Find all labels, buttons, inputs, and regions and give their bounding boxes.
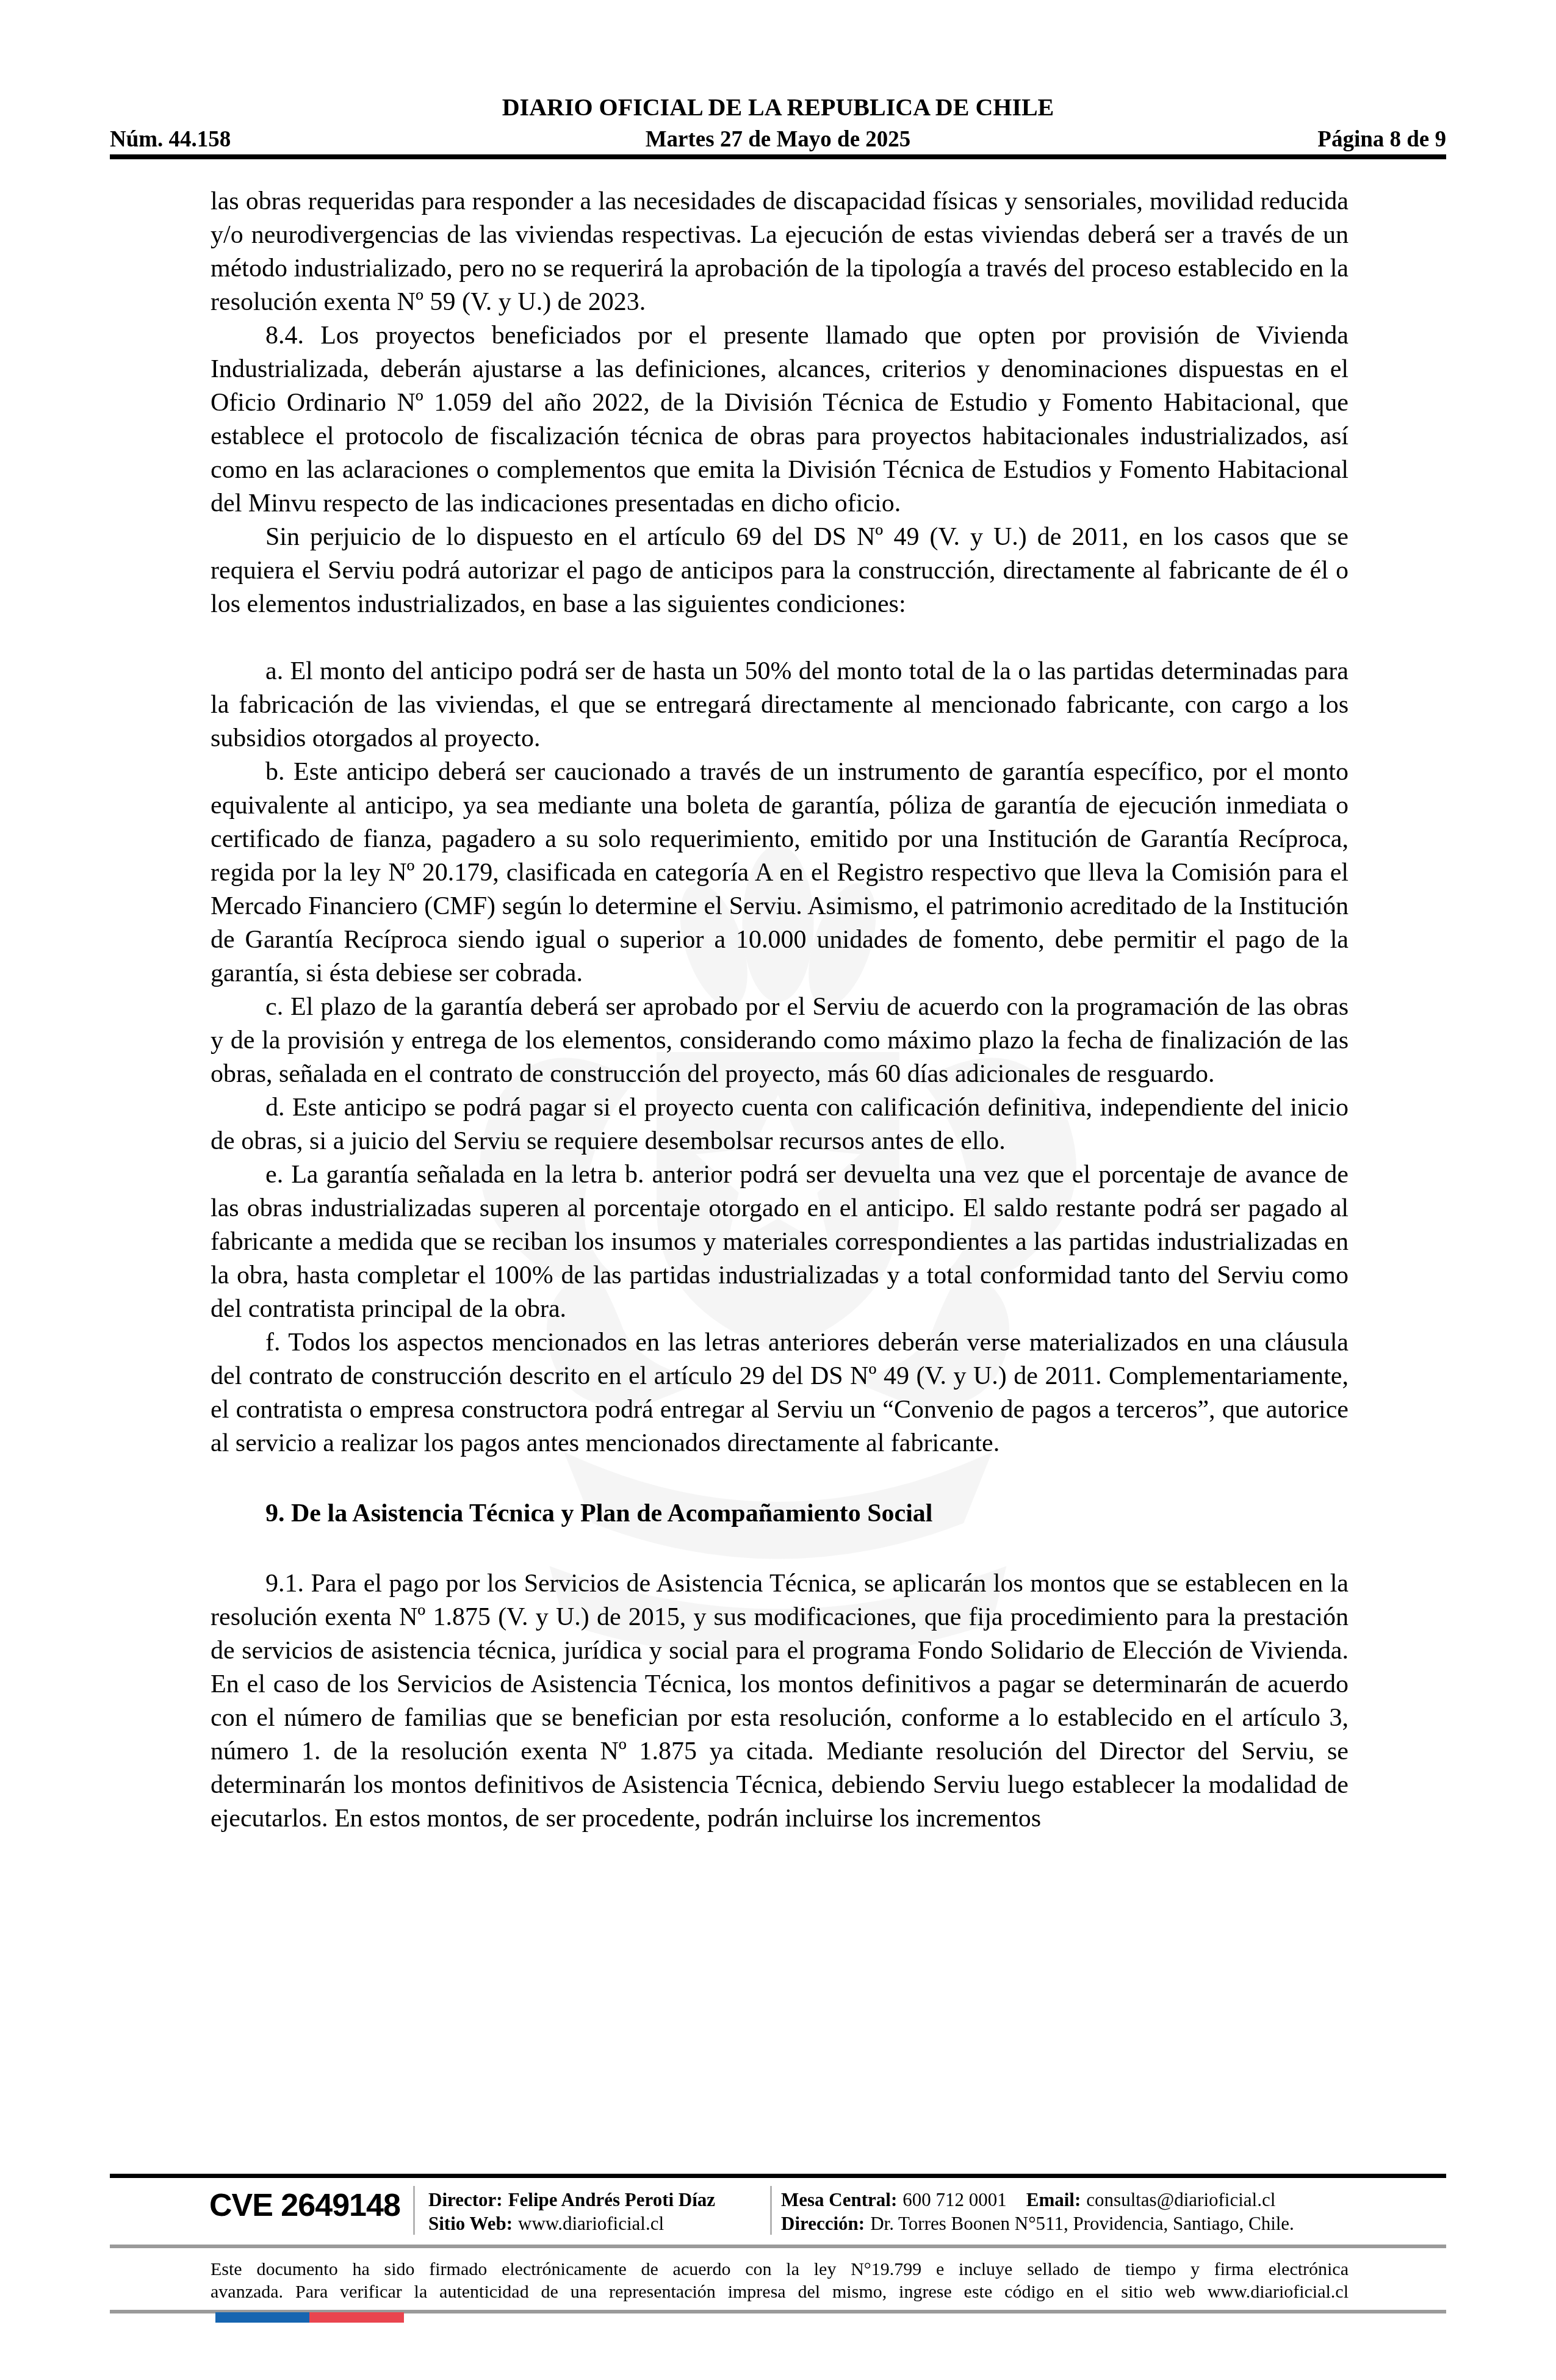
paragraph: d. Este anticipo se podrá pagar si el pr… — [211, 1091, 1349, 1158]
sitio-line: Sitio Web:www.diarioficial.cl — [428, 2212, 715, 2235]
paragraph: las obras requeridas para responder a la… — [211, 185, 1349, 319]
direccion-line: Dirección:Dr. Torres Boonen N°511, Provi… — [781, 2212, 1294, 2235]
mesa-central-label: Mesa Central: — [781, 2189, 897, 2210]
director-name: Felipe Andrés Peroti Díaz — [508, 2189, 716, 2210]
paragraph: a. El monto del anticipo podrá ser de ha… — [211, 655, 1349, 755]
sitio-web-label: Sitio Web: — [428, 2213, 513, 2234]
director-label: Director: — [428, 2189, 503, 2210]
footer-divider-2 — [770, 2186, 772, 2235]
direccion-value: Dr. Torres Boonen N°511, Providencia, Sa… — [870, 2213, 1294, 2234]
mesa-central-value: 600 712 0001 — [902, 2189, 1007, 2210]
legal-line-1: Este documento ha sido firmado electróni… — [211, 2258, 1349, 2281]
flag-red-block — [309, 2312, 404, 2323]
cve-code: CVE 2649148 — [209, 2187, 400, 2224]
contact-block: Mesa Central:600 712 0001Email:consultas… — [781, 2188, 1294, 2235]
email-label: Email: — [1026, 2189, 1081, 2210]
section-heading: 9. De la Asistencia Técnica y Plan de Ac… — [211, 1497, 1349, 1531]
page-indicator: Página 8 de 9 — [1317, 126, 1446, 153]
paragraph: c. El plazo de la garantía deberá ser ap… — [211, 990, 1349, 1091]
director-line: Director:Felipe Andrés Peroti Díaz — [428, 2188, 715, 2212]
paragraph: e. La garantía señalada en la letra b. a… — [211, 1158, 1349, 1326]
footer-gray-rule-top — [110, 2245, 1446, 2248]
paragraph: Sin perjuicio de lo dispuesto en el artí… — [211, 521, 1349, 621]
header-rule — [110, 154, 1446, 159]
paragraph: b. Este anticipo deberá ser caucionado a… — [211, 755, 1349, 990]
sitio-web-value: www.diarioficial.cl — [518, 2213, 664, 2234]
publication-title: DIARIO OFICIAL DE LA REPUBLICA DE CHILE — [0, 93, 1556, 121]
paragraph: 8.4. Los proyectos beneficiados por el p… — [211, 319, 1349, 521]
legal-line-2: avanzada. Para verificar la autenticidad… — [211, 2281, 1349, 2303]
gazette-page: DIARIO OFICIAL DE LA REPUBLICA DE CHILE … — [0, 0, 1556, 2380]
footer-rule — [110, 2174, 1446, 2178]
director-block: Director:Felipe Andrés Peroti Díaz Sitio… — [428, 2188, 715, 2235]
flag-blue-block — [215, 2312, 309, 2323]
footer-divider-1 — [413, 2186, 415, 2235]
paragraph: f. Todos los aspectos mencionados en las… — [211, 1326, 1349, 1460]
legal-notice: Este documento ha sido firmado electróni… — [211, 2258, 1349, 2303]
paragraph: 9.1. Para el pago por los Servicios de A… — [211, 1567, 1349, 1836]
mesa-central-line: Mesa Central:600 712 0001Email:consultas… — [781, 2188, 1294, 2212]
direccion-label: Dirección: — [781, 2213, 865, 2234]
email-value: consultas@diarioficial.cl — [1086, 2189, 1275, 2210]
document-body: las obras requeridas para responder a la… — [211, 185, 1349, 1836]
